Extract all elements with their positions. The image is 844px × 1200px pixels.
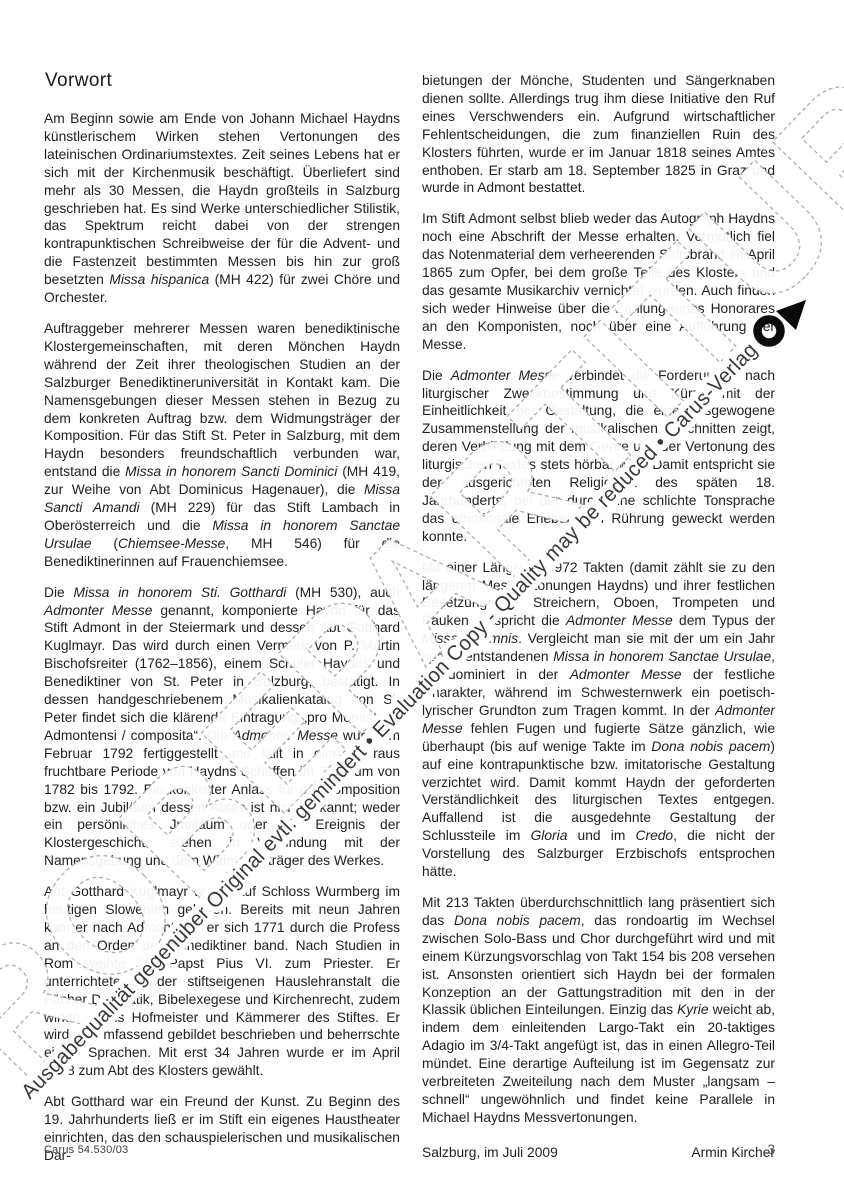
text-segment: (MH 530), auch [286,585,400,600]
paragraph: bietungen der Mönche, Studenten und Säng… [422,72,775,197]
text-segment: Dona nobis pacem [454,913,581,928]
text-segment: Kyrie [677,1002,708,1017]
footer-catalog-number: Carus 54.530/03 [44,1144,128,1156]
text-segment: Admonter Messe [451,368,559,383]
text-segment: und im [567,828,635,843]
text-segment: Im Stift Admont selbst blieb weder das A… [422,211,775,351]
paragraph: Die Missa in honorem Sti. Gotthardi (MH … [44,584,400,871]
paragraph: Abt Gotthard Kuglmayr wurde auf Schloss … [44,883,400,1080]
paragraph: Auftraggeber mehrerer Messen waren bened… [44,320,400,571]
right-text-column: bietungen der Mönche, Studenten und Säng… [422,72,775,1162]
paragraph: Am Beginn sowie am Ende von Johann Micha… [44,110,400,307]
text-segment: Admonter Messe [570,667,682,682]
text-segment: ( [92,536,118,551]
text-segment: Chiemsee-Messe [118,536,225,551]
text-segment: Missa hispanica [109,272,209,287]
text-segment: verbindet die Forderungen nach liturgisc… [422,368,775,544]
paragraph: Im Stift Admont selbst blieb weder das A… [422,210,775,353]
text-segment: weicht ab, indem dem einleitenden Largo-… [422,1002,775,1124]
text-segment: Missa solemnis [422,631,518,646]
closing-author: Armin Kircher [691,1144,775,1162]
paragraph: Mit einer Länge von 972 Takten (damit zä… [422,559,775,881]
preface-page: Vorwort Am Beginn sowie am Ende von Joha… [0,0,844,1200]
footer-page-number: 3 [767,1142,775,1157]
left-text-column: Am Beginn sowie am Ende von Johann Micha… [44,110,400,1178]
text-segment: bietungen der Mönche, Studenten und Säng… [422,73,775,195]
text-segment: Admonter Messe [44,603,152,618]
text-segment: Am Beginn sowie am Ende von Johann Micha… [44,111,400,287]
page-title: Vorwort [45,70,112,92]
text-segment: genannt, komponierte Haydn für das Stift… [44,603,400,743]
text-segment: Missa in honorem Sancti Dominici [125,464,337,479]
text-segment: dem Typus der [673,613,775,628]
paragraph: Mit 213 Takten überdurchschnittlich lang… [422,894,775,1127]
text-segment: Admonter Messe [233,728,338,743]
paragraph: Die Admonter Messe verbindet die Forderu… [422,367,775,546]
text-segment: Gloria [531,828,568,843]
text-segment: Dona nobis pacem [651,739,770,754]
right-column-paragraphs: bietungen der Mönche, Studenten und Säng… [422,72,775,1127]
text-segment: Abt Gotthard Kuglmayr wurde auf Schloss … [44,884,400,1078]
closing-line: Salzburg, im Juli 2009 Armin Kircher [422,1144,775,1162]
closing-place-date: Salzburg, im Juli 2009 [422,1144,558,1162]
text-segment: Missa in honorem Sti. Gotthardi [73,585,286,600]
text-segment: Auftraggeber mehrerer Messen waren bened… [44,321,400,479]
text-segment: Die [44,585,73,600]
text-segment: Die [422,368,451,383]
text-segment: Admonter Messe [566,613,673,628]
text-segment: Missa in honorem Sanctae Ursulae [553,649,771,664]
text-segment: Credo [636,828,674,843]
text-segment: wurde im Februar 1792 fertiggestellt und… [44,728,400,868]
